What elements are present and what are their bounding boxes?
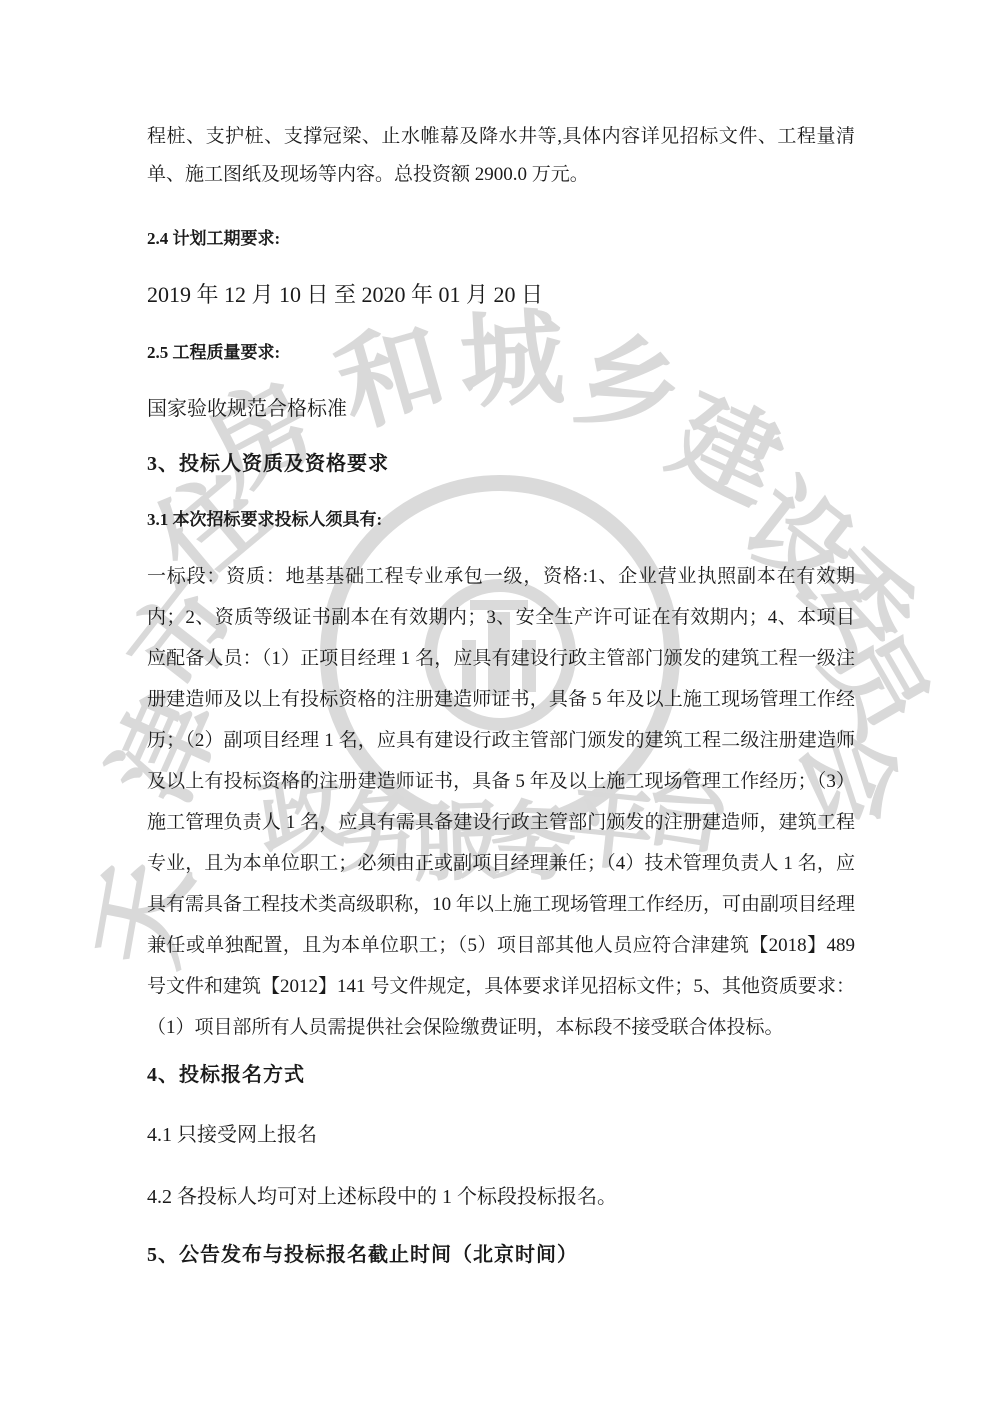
section-4-heading: 4、投标报名方式 xyxy=(147,1058,855,1087)
intro-paragraph: 程桩、支护桩、支撑冠梁、止水帷幕及降水井等,具体内容详见招标文件、工程量清单、施… xyxy=(147,118,855,194)
section-2-4-heading: 2.4 计划工期要求: xyxy=(147,224,855,249)
qualification-requirements-paragraph: 一标段：资质：地基基础工程专业承包一级，资格:1、企业营业执照副本在有效期内；2… xyxy=(147,556,855,1048)
section-3-heading: 3、投标人资质及资格要求 xyxy=(147,447,855,476)
document-content: 程桩、支护桩、支撑冠梁、止水帷幕及降水井等,具体内容详见招标文件、工程量清单、施… xyxy=(0,0,1000,1413)
construction-period-dates: 2019 年 12 月 10 日 至 2020 年 01 月 20 日 xyxy=(147,278,855,309)
document-page: 天津市住房和城乡建设委员会政务服务平台 程桩、支护桩、支撑冠梁、止水帷幕及降水井… xyxy=(0,0,1000,1413)
section-3-1-heading: 3.1 本次招标要求投标人须具有: xyxy=(147,505,855,530)
item-4-2-text: 4.2 各投标人均可对上述标段中的 1 个标段投标报名。 xyxy=(147,1180,855,1209)
quality-standard-text: 国家验收规范合格标准 xyxy=(147,392,855,421)
section-2-5-heading: 2.5 工程质量要求: xyxy=(147,338,855,363)
section-5-heading: 5、公告发布与投标报名截止时间（北京时间） xyxy=(147,1238,855,1267)
item-4-1-text: 4.1 只接受网上报名 xyxy=(147,1118,855,1147)
